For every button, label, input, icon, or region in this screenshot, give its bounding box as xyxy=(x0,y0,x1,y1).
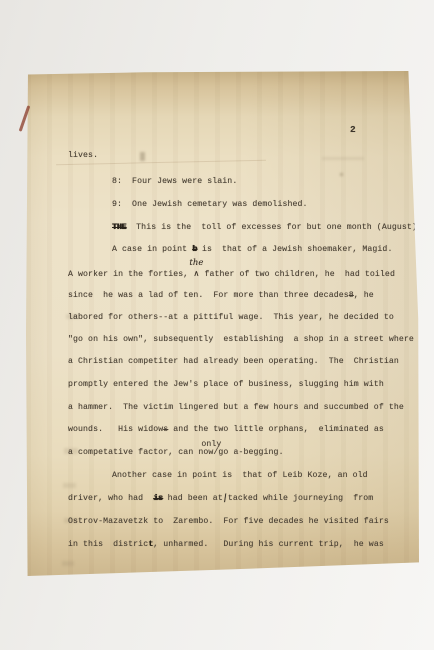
typed-line: THE This is the toll of excesses for but… xyxy=(112,223,422,233)
typed-line: since he was a lad of ten. For more than… xyxy=(68,291,374,301)
typed-text: wounds. His widow xyxy=(68,425,163,434)
typed-line: wounds. His widows and the two little or… xyxy=(68,425,384,435)
typed-text: in this distric xyxy=(68,540,148,549)
stain xyxy=(62,561,74,566)
typed-text: Another case in point is that of Leib Ko… xyxy=(112,471,368,480)
screenshot-root: { "document": { "page_number": "2", "des… xyxy=(0,0,434,650)
typed-text: and the two little orphans, eliminated a… xyxy=(168,425,384,434)
typed-text: 8: Four Jews were slain. xyxy=(112,177,237,186)
typed-line: A case in point b is that of a Jewish sh… xyxy=(112,245,392,255)
typed-text: Ostrov-Mazavetzk to Zarembo. For five de… xyxy=(68,517,389,526)
typed-line: in this district, unharmed. During his c… xyxy=(68,540,384,550)
typed-line: Another case in point is that of Leib Ko… xyxy=(112,471,368,481)
typed-text: 9: One Jewish cemetary was demolished. xyxy=(112,200,308,209)
typed-correction: THE xyxy=(112,223,126,232)
typed-text: , unharmed. During his current trip, he … xyxy=(153,540,384,549)
typed-text: promptly entered the Jew's place of busi… xyxy=(68,380,384,389)
typed-line: "go on his own", subsequently establishi… xyxy=(68,335,414,345)
typed-line: 9: One Jewish cemetary was demolished. xyxy=(112,200,308,210)
typed-correction: is xyxy=(153,494,162,503)
typed-text: labored for others--at a pittiful wage. … xyxy=(68,313,394,322)
typed-line: 8: Four Jews were slain. xyxy=(112,177,237,187)
inserted-word: the xyxy=(189,258,203,268)
typed-text: go a-begging. xyxy=(218,448,283,457)
paper-crease xyxy=(86,625,386,629)
typed-line: Ostrov-Mazavetzk to Zarembo. For five de… xyxy=(68,517,389,527)
typed-text: A case in point xyxy=(112,245,192,254)
typed-line: lives. xyxy=(68,151,98,161)
stain xyxy=(140,152,145,161)
typed-line: a competative factor, can nowonly/go a-b… xyxy=(68,448,284,458)
inserted-word: only xyxy=(201,440,221,449)
typed-text: father of two children, he had toiled xyxy=(199,270,395,279)
typed-line: driver, who had is had been at/tacked wh… xyxy=(68,494,373,504)
typed-text: a Christian competiter had already been … xyxy=(68,357,399,366)
typed-text: driver, who had xyxy=(68,494,153,503)
typed-text: a competative factor, can now xyxy=(68,448,213,457)
photo-background: 2 lives.8: Four Jews were slain.9: One J… xyxy=(0,0,434,650)
typed-line: promptly entered the Jew's place of busi… xyxy=(68,380,384,390)
typed-text: since he was a lad of ten. For more than… xyxy=(68,291,349,300)
typed-text: , he xyxy=(354,291,374,300)
typed-line: a Christian competiter had already been … xyxy=(68,357,399,367)
typed-line: A worker in the forties, the∧ father of … xyxy=(68,268,395,280)
typed-line: labored for others--at a pittiful wage. … xyxy=(68,313,394,323)
typed-text: "go on his own", subsequently establishi… xyxy=(68,335,414,344)
typed-text: A worker in the forties, xyxy=(68,270,193,279)
page-number: 2 xyxy=(350,124,356,135)
stain xyxy=(68,611,80,616)
stain xyxy=(63,483,76,488)
stain xyxy=(322,157,364,160)
typed-text: lives. xyxy=(68,151,98,160)
typescript-page: 2 lives.8: Four Jews were slain.9: One J… xyxy=(26,71,419,576)
typed-text: only/ xyxy=(213,448,218,457)
typed-correction: the∧ xyxy=(193,268,199,278)
stain xyxy=(340,173,343,176)
typed-text: had been at xyxy=(163,494,223,503)
typed-text: tacked while journeying from xyxy=(228,494,373,503)
typed-text: a hammer. The victim lingered but a few … xyxy=(68,403,404,412)
typed-text: This is the toll of excesses for but one… xyxy=(126,223,422,232)
typed-line: a hammer. The victim lingered but a few … xyxy=(68,403,404,413)
typed-text: is that of a Jewish shoemaker, Magid. xyxy=(197,245,393,254)
